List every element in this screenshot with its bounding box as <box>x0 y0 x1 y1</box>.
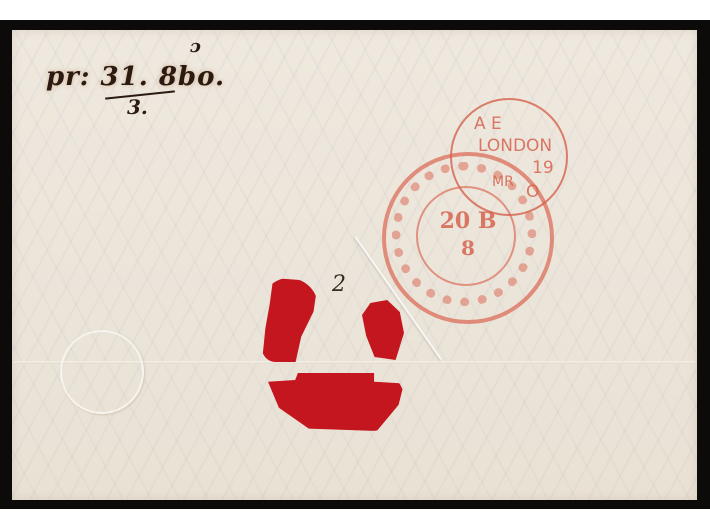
seal-annotation: 2 <box>332 272 346 297</box>
postmark-center-line2: 8 <box>386 236 550 260</box>
london-postmark-month: MR <box>492 174 514 190</box>
london-postmark: A E LONDON 19 MR O <box>450 98 568 216</box>
london-postmark-day: 19 <box>532 158 554 178</box>
docket-mark: ɔ <box>190 36 201 57</box>
london-postmark-year: O <box>526 182 539 202</box>
london-postmark-line1: A E <box>474 114 502 134</box>
docket-denominator: 3. <box>127 95 148 119</box>
blind-embossed-stamp <box>60 330 144 414</box>
docket-notation: pr: 31. 8bo. <box>46 62 225 92</box>
london-postmark-city: LONDON <box>478 136 552 156</box>
